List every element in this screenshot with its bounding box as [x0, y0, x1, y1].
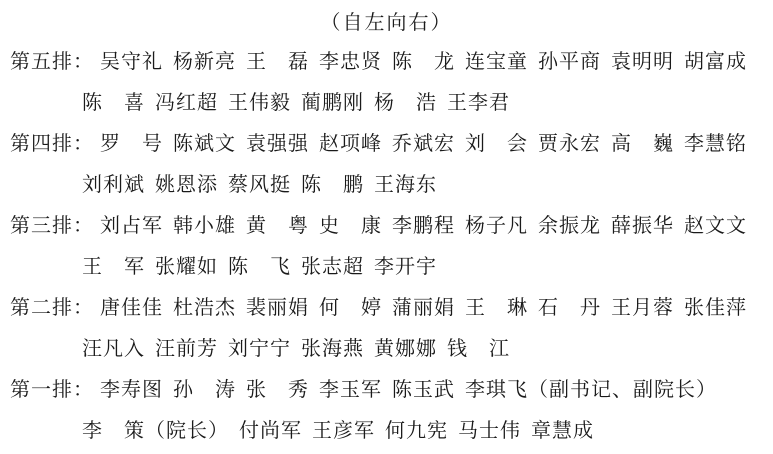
row-three-names-2: 王 军 张耀如 陈 飞 张志超 李开宇	[82, 256, 437, 278]
row-one-line-2: 李 策（院长） 付尚军 王彦军 何九宪 马士伟 章慧成	[0, 411, 773, 452]
row-one-names-1: 李寿图 孙 涛 张 秀 李玉军 陈玉武 李琪飞（副书记、副院长）	[100, 379, 717, 401]
row-two-line-1: 第二排：唐佳佳 杜浩杰 裴丽娟 何 婷 蒲丽娟 王 琳 石 丹 王月蓉 张佳萍	[0, 288, 773, 329]
row-four-names-2: 刘利斌 姚恩添 蔡风挺 陈 鹏 王海东	[82, 174, 437, 196]
caption-direction-title: （自左向右）	[0, 4, 773, 42]
row-four-label: 第四排：	[10, 133, 94, 155]
row-one-names-2: 李 策（院长） 付尚军 王彦军 何九宪 马士伟 章慧成	[82, 420, 594, 442]
row-three-label: 第三排：	[10, 215, 94, 237]
row-two-names-2: 汪凡入 汪前芳 刘宁宁 张海燕 黄娜娜 钱 江	[82, 338, 510, 360]
row-two-line-2: 汪凡入 汪前芳 刘宁宁 张海燕 黄娜娜 钱 江	[0, 329, 773, 370]
row-one-line-1: 第一排：李寿图 孙 涛 张 秀 李玉军 陈玉武 李琪飞（副书记、副院长）	[0, 370, 773, 411]
row-four-names-1: 罗 号 陈斌文 袁强强 赵项峰 乔斌宏 刘 会 贾永宏 高 巍 李慧铭	[100, 133, 747, 155]
row-one-label: 第一排：	[10, 379, 94, 401]
row-two-label: 第二排：	[10, 297, 94, 319]
row-five-line-1: 第五排：吴守礼 杨新亮 王 磊 李忠贤 陈 龙 连宝童 孙平商 袁明明 胡富成	[0, 42, 773, 83]
row-two-names-1: 唐佳佳 杜浩杰 裴丽娟 何 婷 蒲丽娟 王 琳 石 丹 王月蓉 张佳萍	[100, 297, 747, 319]
row-three-names-1: 刘占军 韩小雄 黄 粤 史 康 李鹏程 杨子凡 余振龙 薛振华 赵文文	[100, 215, 747, 237]
row-five-names-2: 陈 喜 冯红超 王伟毅 蔺鹏刚 杨 浩 王李君	[82, 92, 510, 114]
row-four-line-2: 刘利斌 姚恩添 蔡风挺 陈 鹏 王海东	[0, 165, 773, 206]
row-four-line-1: 第四排：罗 号 陈斌文 袁强强 赵项峰 乔斌宏 刘 会 贾永宏 高 巍 李慧铭	[0, 124, 773, 165]
row-three-line-2: 王 军 张耀如 陈 飞 张志超 李开宇	[0, 247, 773, 288]
row-five-label: 第五排：	[10, 51, 94, 73]
document-page: （自左向右） 第五排：吴守礼 杨新亮 王 磊 李忠贤 陈 龙 连宝童 孙平商 袁…	[0, 0, 773, 454]
row-three-line-1: 第三排：刘占军 韩小雄 黄 粤 史 康 李鹏程 杨子凡 余振龙 薛振华 赵文文	[0, 206, 773, 247]
row-five-line-2: 陈 喜 冯红超 王伟毅 蔺鹏刚 杨 浩 王李君	[0, 83, 773, 124]
row-five-names-1: 吴守礼 杨新亮 王 磊 李忠贤 陈 龙 连宝童 孙平商 袁明明 胡富成	[100, 51, 747, 73]
